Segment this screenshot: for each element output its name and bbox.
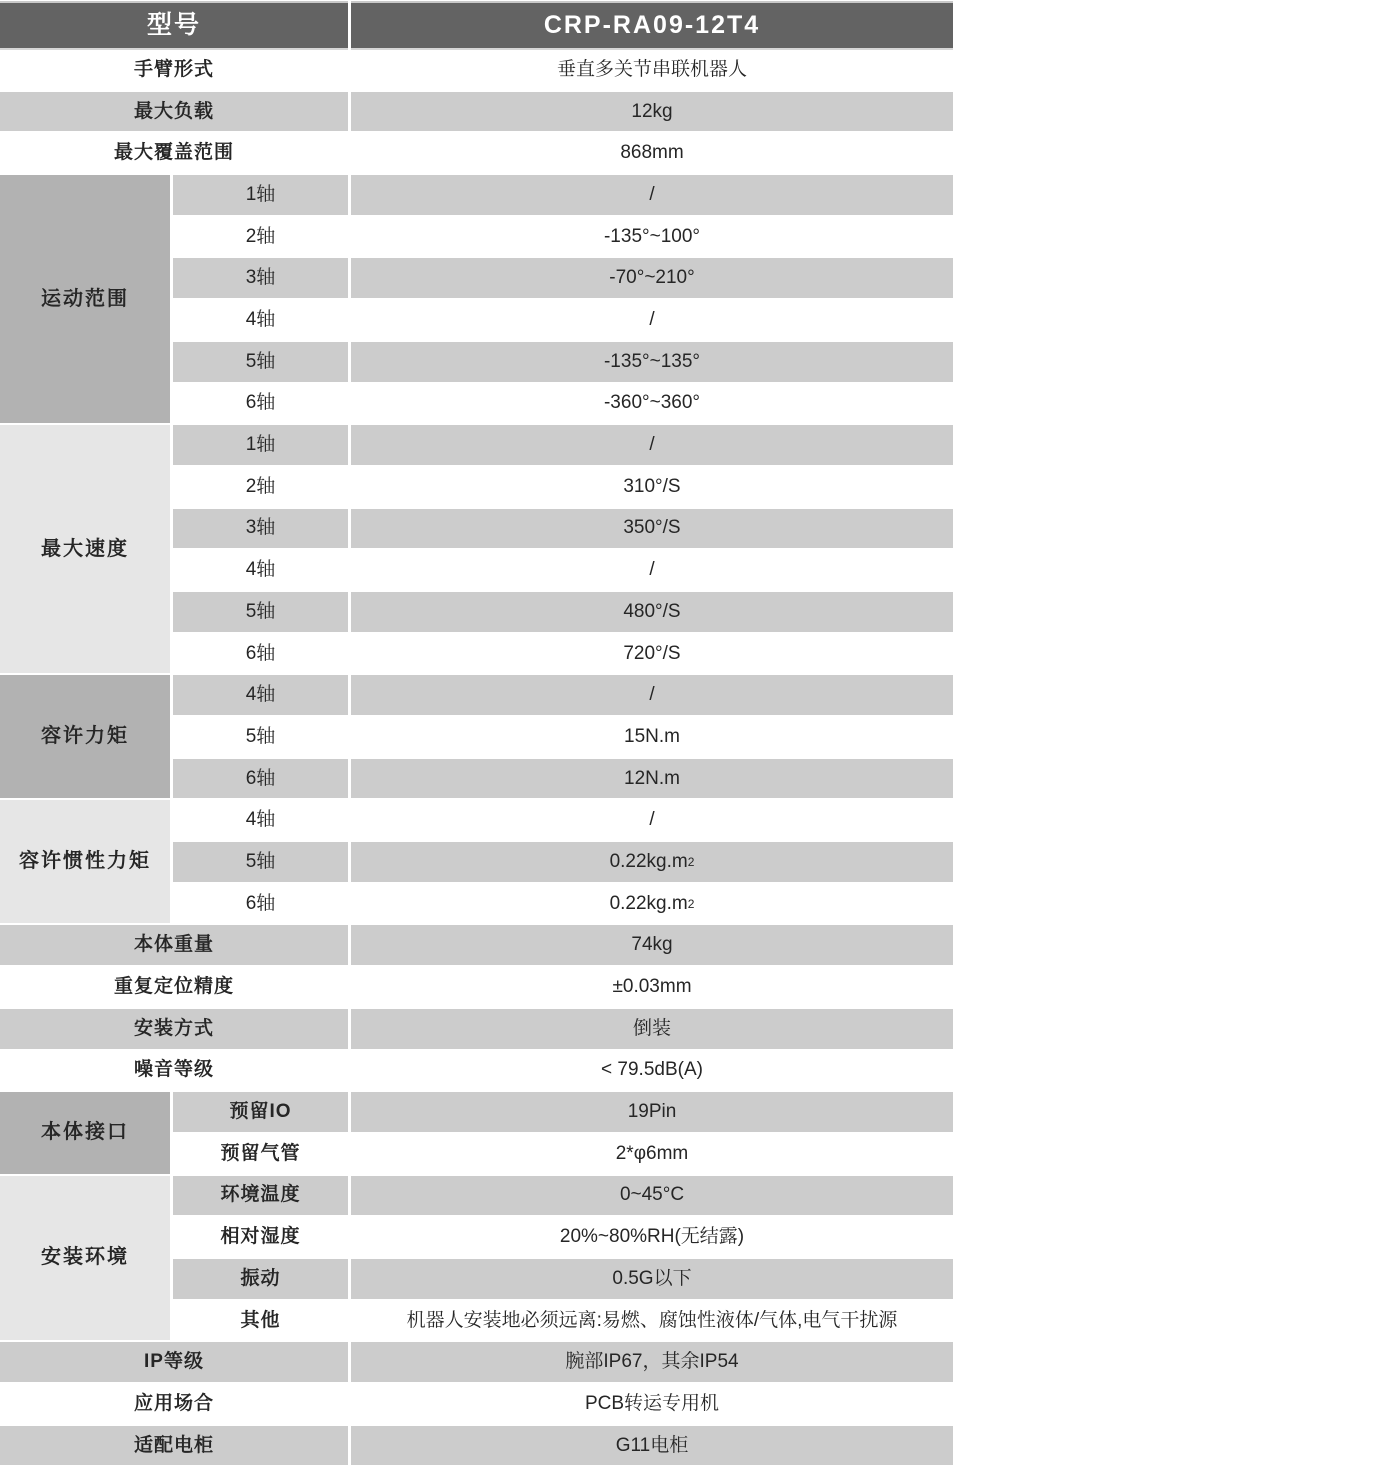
sub-label-ambient-temp: 环境温度 xyxy=(173,1176,348,1216)
row-value-other: 机器人安装地必须远离:易燃、腐蚀性液体/气体,电气干扰源 xyxy=(351,1301,953,1341)
row-label-body-weight: 本体重量 xyxy=(0,925,348,965)
row-value: 310°/S xyxy=(351,467,953,507)
row-value-repeatability: ±0.03mm xyxy=(351,967,953,1007)
row-value: 15N.m xyxy=(351,717,953,757)
axis-label: 4轴 xyxy=(173,800,348,840)
sub-label-reserved-air: 预留气管 xyxy=(173,1134,348,1174)
group-label-allowable-torque: 容许力矩 xyxy=(0,675,170,798)
row-label-cabinet: 适配电柜 xyxy=(0,1426,348,1466)
row-value: / xyxy=(351,175,953,215)
row-value: -70°~210° xyxy=(351,258,953,298)
row-value-max-payload: 12kg xyxy=(351,92,953,132)
row-value-humidity: 20%~80%RH(无结露) xyxy=(351,1217,953,1257)
axis-label: 4轴 xyxy=(173,300,348,340)
row-value: 350°/S xyxy=(351,509,953,549)
row-value-arm-type: 垂直多关节串联机器人 xyxy=(351,50,953,90)
group-label-max-speed: 最大速度 xyxy=(0,425,170,673)
axis-label: 5轴 xyxy=(173,842,348,882)
row-label-application: 应用场合 xyxy=(0,1384,348,1424)
axis-label: 3轴 xyxy=(173,509,348,549)
axis-label: 6轴 xyxy=(173,634,348,674)
row-value: 0.22kg.m2 xyxy=(351,842,953,882)
row-value-noise-level: < 79.5dB(A) xyxy=(351,1051,953,1091)
group-label-install-env: 安装环境 xyxy=(0,1176,170,1341)
axis-label: 6轴 xyxy=(173,884,348,924)
axis-label: 2轴 xyxy=(173,217,348,257)
row-value: -360°~360° xyxy=(351,384,953,424)
axis-label: 6轴 xyxy=(173,384,348,424)
axis-label: 6轴 xyxy=(173,759,348,799)
row-label-arm-type: 手臂形式 xyxy=(0,50,348,90)
row-label-noise-level: 噪音等级 xyxy=(0,1051,348,1091)
axis-label: 4轴 xyxy=(173,550,348,590)
model-header-label: 型号 xyxy=(0,3,348,48)
row-label-max-reach: 最大覆盖范围 xyxy=(0,133,348,173)
row-label-ip-rating: IP等级 xyxy=(0,1342,348,1382)
row-value: -135°~100° xyxy=(351,217,953,257)
row-value: 720°/S xyxy=(351,634,953,674)
row-value: 12N.m xyxy=(351,759,953,799)
row-label-mounting: 安装方式 xyxy=(0,1009,348,1049)
row-value-cabinet: G11电柜 xyxy=(351,1426,953,1466)
model-header-value: CRP-RA09-12T4 xyxy=(351,3,953,48)
row-value: / xyxy=(351,300,953,340)
row-value-application: PCB转运专用机 xyxy=(351,1384,953,1424)
row-value-max-reach: 868mm xyxy=(351,133,953,173)
row-value-reserved-air: 2*φ6mm xyxy=(351,1134,953,1174)
row-value: / xyxy=(351,550,953,590)
axis-label: 1轴 xyxy=(173,425,348,465)
sub-label-humidity: 相对湿度 xyxy=(173,1217,348,1257)
row-label-max-payload: 最大负载 xyxy=(0,92,348,132)
sub-label-reserved-io: 预留IO xyxy=(173,1092,348,1132)
row-value: -135°~135° xyxy=(351,342,953,382)
group-label-motion-range: 运动范围 xyxy=(0,175,170,423)
sub-label-other: 其他 xyxy=(173,1301,348,1341)
axis-label: 1轴 xyxy=(173,175,348,215)
axis-label: 5轴 xyxy=(173,717,348,757)
row-label-repeatability: 重复定位精度 xyxy=(0,967,348,1007)
row-value-body-weight: 74kg xyxy=(351,925,953,965)
row-value: / xyxy=(351,425,953,465)
row-value-ip-rating: 腕部IP67，其余IP54 xyxy=(351,1342,953,1382)
row-value: 0.22kg.m2 xyxy=(351,884,953,924)
spec-table: 型号 CRP-RA09-12T4 手臂形式 垂直多关节串联机器人 最大负载 12… xyxy=(0,3,953,1465)
group-label-allowable-inertia: 容许惯性力矩 xyxy=(0,800,170,923)
row-value: / xyxy=(351,675,953,715)
row-value: 480°/S xyxy=(351,592,953,632)
axis-label: 3轴 xyxy=(173,258,348,298)
row-value: / xyxy=(351,800,953,840)
axis-label: 5轴 xyxy=(173,342,348,382)
axis-label: 5轴 xyxy=(173,592,348,632)
row-value-vibration: 0.5G以下 xyxy=(351,1259,953,1299)
axis-label: 2轴 xyxy=(173,467,348,507)
row-value-ambient-temp: 0~45°C xyxy=(351,1176,953,1216)
row-value-mounting: 倒装 xyxy=(351,1009,953,1049)
axis-label: 4轴 xyxy=(173,675,348,715)
row-value-reserved-io: 19Pin xyxy=(351,1092,953,1132)
sub-label-vibration: 振动 xyxy=(173,1259,348,1299)
group-label-body-interface: 本体接口 xyxy=(0,1092,170,1173)
